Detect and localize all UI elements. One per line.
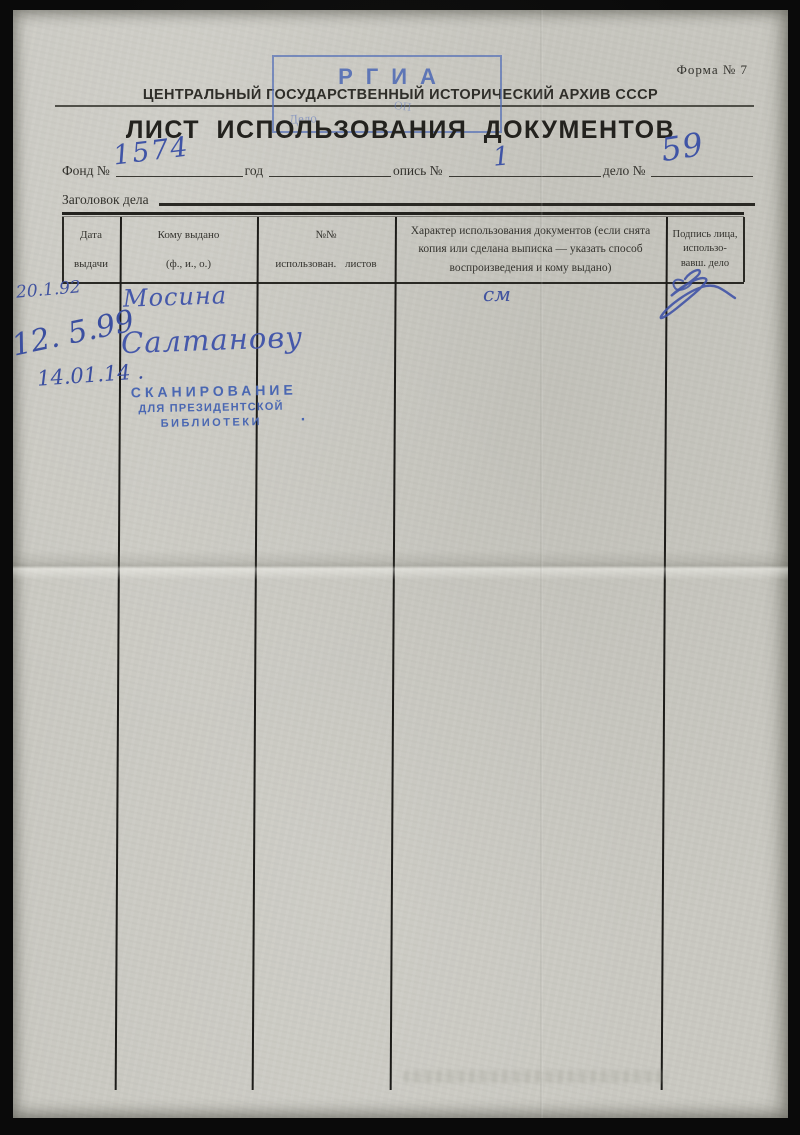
handwritten-date-row1: 20.1.92 <box>15 277 81 303</box>
rgia-stamp-text: РГИА <box>274 64 500 90</box>
bleed-through-smudge <box>403 1070 668 1083</box>
fond-label: Фонд № <box>62 163 112 180</box>
column-header-sheets-line1: №№ <box>316 229 337 241</box>
handwritten-date-row2: 12. 5.99 <box>9 303 138 363</box>
column-header-issued-line2: (ф., и., о.) <box>166 258 211 270</box>
case-title-blank-line <box>159 202 755 206</box>
column-header-date-line1: Дата <box>80 229 102 241</box>
table-column-line-4 <box>661 217 668 1090</box>
scanning-stamp-dot: . <box>301 407 306 425</box>
scanning-stamp-line3: БИБЛИОТЕКИ <box>131 416 291 431</box>
table-column-line-3 <box>390 217 397 1090</box>
opis-blank-line <box>449 175 601 177</box>
column-header-issued-line1: Кому выдано <box>158 229 220 241</box>
opis-label: опись № <box>393 163 445 180</box>
scanning-stamp: СКАНИРОВАНИЕ ДЛЯ ПРЕЗИДЕНТСКОЙ БИБЛИОТЕК… <box>131 382 292 431</box>
fond-blank-line <box>116 175 243 177</box>
column-header-sheets: №№ использован. листов <box>257 217 395 282</box>
column-header-date-line2: выдачи <box>74 258 108 270</box>
column-header-issued-to: Кому выдано (ф., и., о.) <box>120 217 257 282</box>
delo-label: дело № <box>603 163 648 180</box>
handwritten-opis-number: 1 <box>492 141 511 172</box>
handwritten-usage-row1: см <box>483 282 511 306</box>
horizontal-fold-crease <box>13 550 788 580</box>
handwritten-date-row3: 14.01.14 . <box>36 359 144 390</box>
scanning-stamp-line2: ДЛЯ ПРЕЗИДЕНТСКОЙ <box>131 401 291 416</box>
handwritten-issued-to-row2: Салтанову <box>120 320 303 360</box>
handwritten-issued-to-row1: Мосина <box>123 281 228 313</box>
signature-flourish <box>613 265 743 327</box>
handwritten-delo-number: 59 <box>658 125 706 169</box>
column-header-date: Дата выдачи <box>62 217 120 282</box>
scanning-stamp-line1: СКАНИРОВАНИЕ <box>131 382 291 401</box>
column-header-sheets-line2: использован. листов <box>275 258 376 270</box>
form-number-label: Форма № 7 <box>677 62 748 78</box>
case-title-row: Заголовок дела <box>62 190 755 208</box>
year-blank-line <box>269 175 391 177</box>
delo-blank-line <box>651 175 753 177</box>
scan-background: Форма № 7 ЦЕНТРАЛЬНЫЙ ГОСУДАРСТВЕННЫЙ ИС… <box>0 0 800 1135</box>
case-title-label: Заголовок дела <box>62 192 149 208</box>
rgia-stamp-op-label: ОП <box>393 98 412 115</box>
document-page: Форма № 7 ЦЕНТРАЛЬНЫЙ ГОСУДАРСТВЕННЫЙ ИС… <box>13 10 788 1118</box>
year-label: год <box>245 163 265 180</box>
